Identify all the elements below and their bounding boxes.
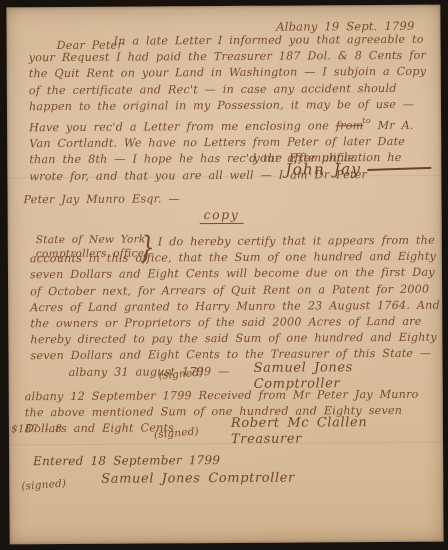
- entered-line: Entered 18 September 1799: [33, 452, 220, 469]
- certificate-body: I do hereby certify that it appears from…: [30, 233, 441, 381]
- certificate-signed-label: (signed): [158, 365, 204, 385]
- signature-block: John Jay: [285, 161, 431, 180]
- struck-word: from: [336, 119, 364, 132]
- certificate-body-text: I do hereby certify that it appears from…: [30, 234, 440, 363]
- photo-background: Albany 19 Sept. 1799 Dear Peter In a lat…: [0, 0, 448, 550]
- receipt-signed-label: (signed): [153, 424, 199, 444]
- addressee-line: Peter Jay Munro Esqr. —: [23, 191, 179, 208]
- receipt-signature: Robert Mc Clallen Treasurer: [231, 415, 443, 449]
- certificate-dateline: albany 31 august 1799 —: [69, 365, 230, 379]
- john-jay-signature: John Jay: [285, 160, 361, 178]
- entry-signature: Samuel Jones Comptroller: [101, 471, 295, 488]
- copy-heading: copy: [200, 207, 244, 224]
- entry-signed-label: (signed): [21, 475, 67, 495]
- letter-page: Albany 19 Sept. 1799 Dear Peter In a lat…: [6, 5, 443, 545]
- inserted-correction: to: [362, 116, 370, 125]
- receipt-amount: $187 - 8: [11, 421, 62, 438]
- signature-flourish: [367, 167, 431, 171]
- copy-heading-wrap: copy: [200, 207, 244, 224]
